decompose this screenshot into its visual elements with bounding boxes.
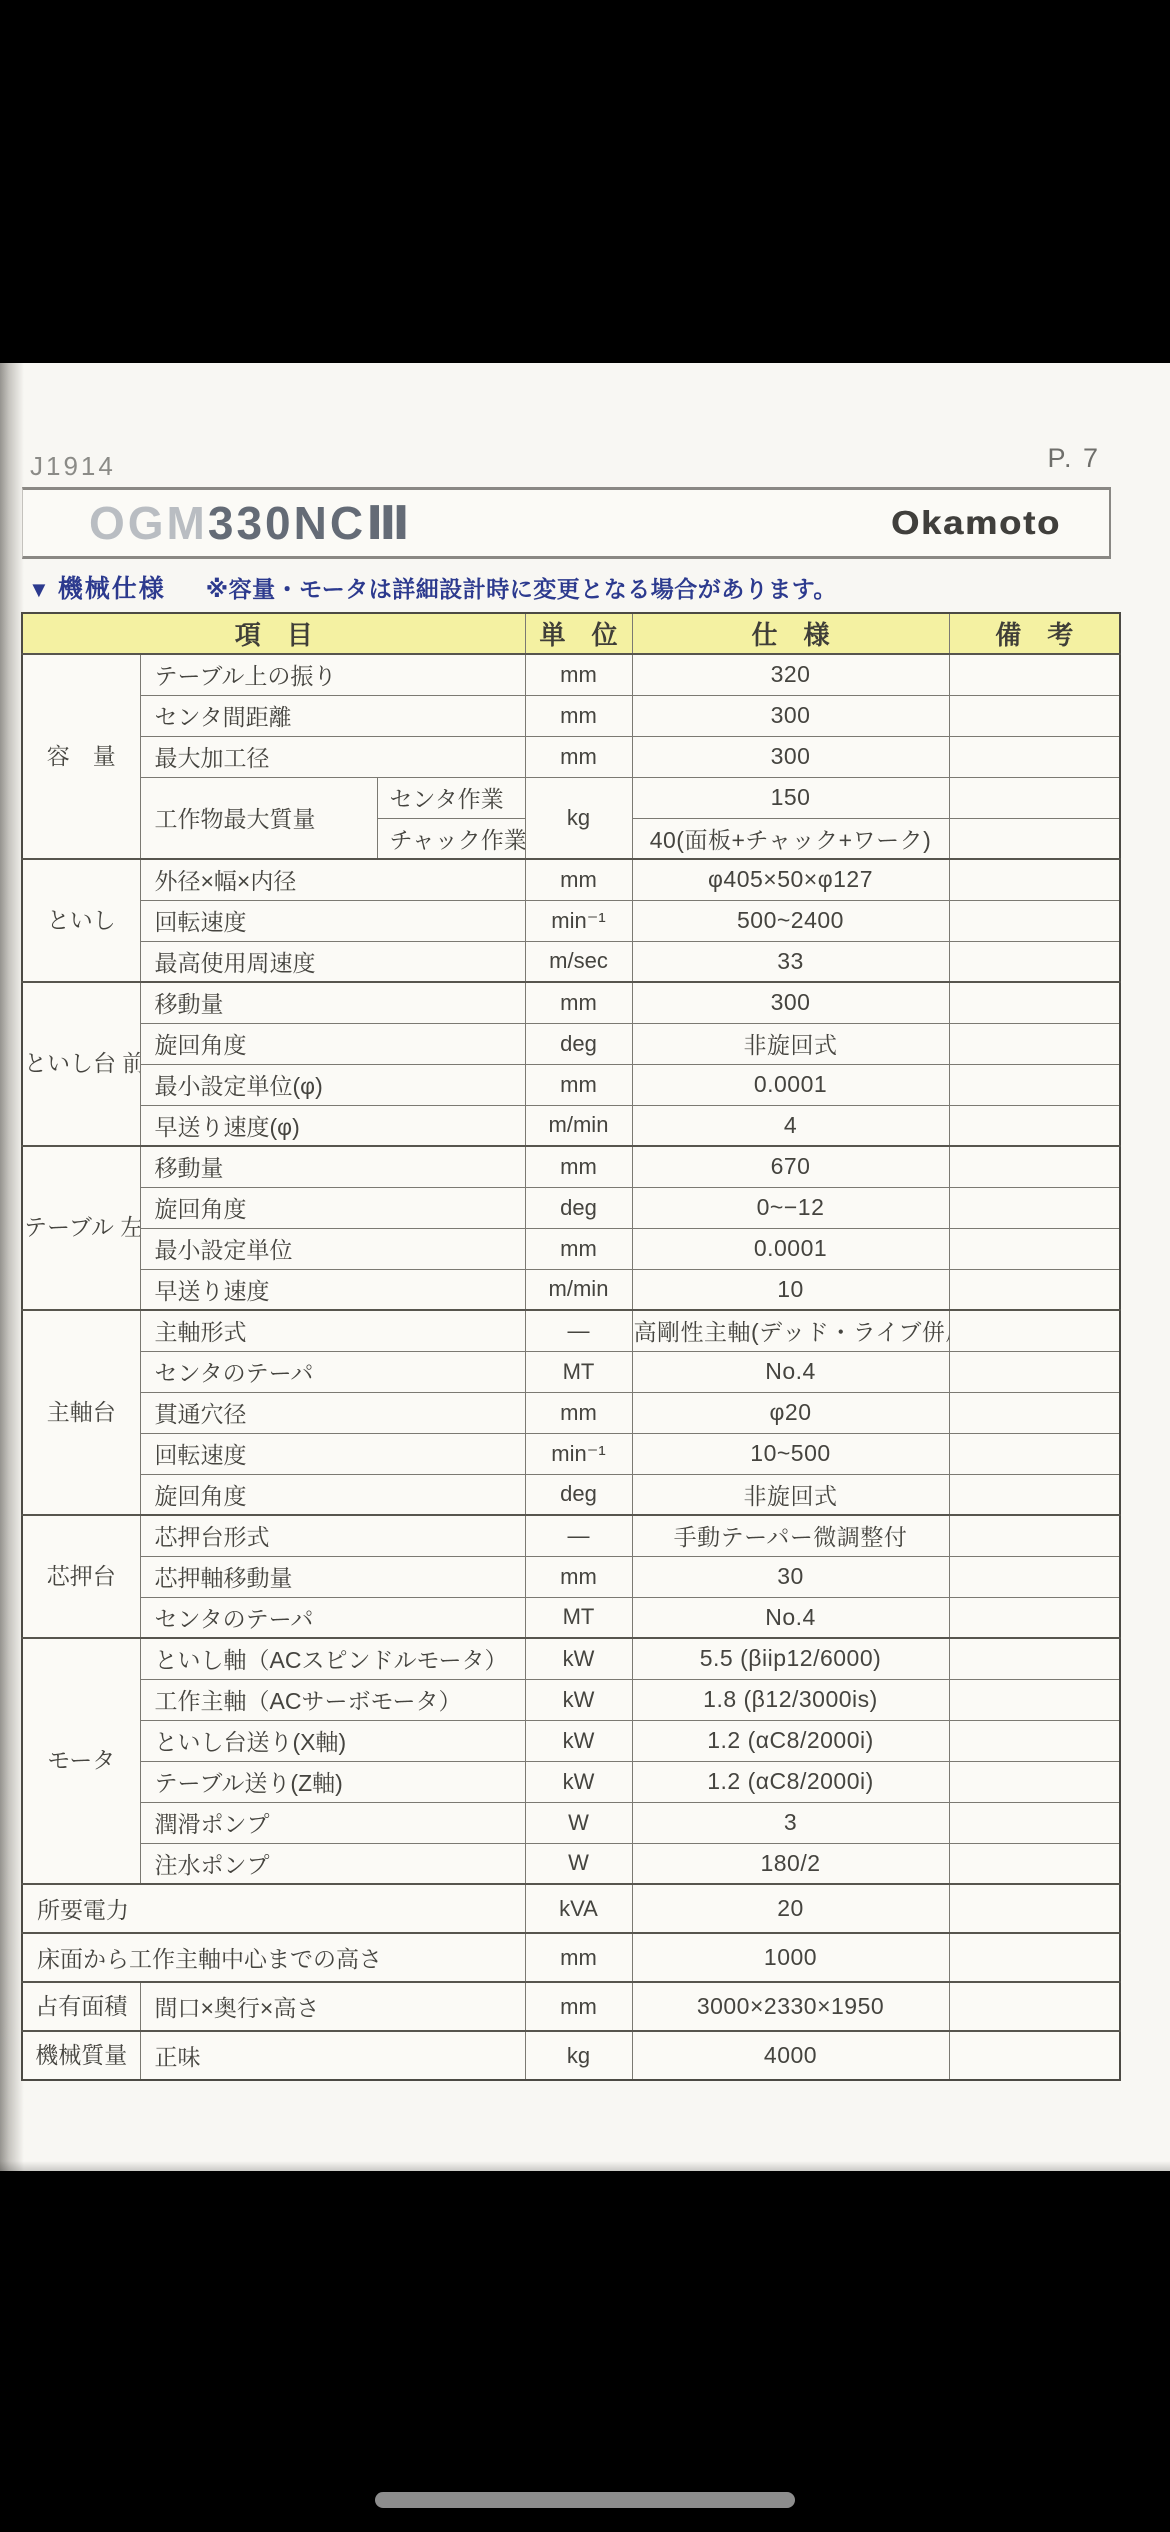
cell-unit: min⁻¹ bbox=[525, 900, 632, 941]
cell-unit: mm bbox=[525, 736, 632, 777]
cell-cat: 主軸台 bbox=[22, 1310, 140, 1515]
model-title-faded-part: OGM bbox=[89, 497, 208, 549]
cell-unit: mm bbox=[525, 1556, 632, 1597]
cell-sub: センタ作業 bbox=[377, 777, 525, 818]
cell-spec: 500~2400 bbox=[632, 900, 949, 941]
cell-rem bbox=[949, 818, 1120, 859]
cell-rem bbox=[949, 982, 1120, 1023]
table-row: 芯押軸移動量mm30 bbox=[22, 1556, 1120, 1597]
cell-rem bbox=[949, 1474, 1120, 1515]
cell-rem bbox=[949, 1761, 1120, 1802]
cell-unit: kW bbox=[525, 1761, 632, 1802]
cell-spec: 高剛性主軸(デッド・ライブ併用) bbox=[632, 1310, 949, 1351]
column-header: 備 考 bbox=[949, 613, 1120, 654]
cell-rem bbox=[949, 1802, 1120, 1843]
cell-rem bbox=[949, 1515, 1120, 1556]
cell-item: 早送り速度 bbox=[140, 1269, 525, 1310]
table-row: 注水ポンプW180/2 bbox=[22, 1843, 1120, 1884]
table-row: といし台送り(X軸)kW1.2 (αC8/2000i) bbox=[22, 1720, 1120, 1761]
cell-spec: 10 bbox=[632, 1269, 949, 1310]
cell-rem bbox=[949, 900, 1120, 941]
table-row: センタ間距離mm300 bbox=[22, 695, 1120, 736]
cell-unit: mm bbox=[525, 1146, 632, 1187]
cell-rem bbox=[949, 736, 1120, 777]
cell-cat: といし bbox=[22, 859, 140, 982]
cell-item: 潤滑ポンプ bbox=[140, 1802, 525, 1843]
cell-item: テーブル上の振り bbox=[140, 654, 525, 695]
cell-unit: mm bbox=[525, 695, 632, 736]
table-row: 早送り速度m/min10 bbox=[22, 1269, 1120, 1310]
table-row: といし外径×幅×内径mmφ405×50×φ127 bbox=[22, 859, 1120, 900]
cell-item: 工作主軸（ACサーボモータ） bbox=[140, 1679, 525, 1720]
okamoto-logo: Okamoto bbox=[891, 504, 1061, 543]
cell-rem bbox=[949, 1638, 1120, 1679]
cell-spec: 40(面板+チャック+ワーク) bbox=[632, 818, 949, 859]
cell-spec: 300 bbox=[632, 695, 949, 736]
cell-wide: 床面から工作主軸中心までの高さ bbox=[22, 1933, 525, 1982]
cell-unit: kg bbox=[525, 2031, 632, 2080]
cell-spec: 非旋回式 bbox=[632, 1474, 949, 1515]
cell-spec: 4 bbox=[632, 1105, 949, 1146]
title-box: OGM330NCⅢ Okamoto bbox=[22, 487, 1111, 559]
cell-spec: No.4 bbox=[632, 1597, 949, 1638]
cell-rem bbox=[949, 1351, 1120, 1392]
cell-rem bbox=[949, 859, 1120, 900]
table-row: センタのテーパMTNo.4 bbox=[22, 1597, 1120, 1638]
cell-rem bbox=[949, 654, 1120, 695]
cell-spec: 3000×2330×1950 bbox=[632, 1982, 949, 2031]
cell-item: 移動量 bbox=[140, 982, 525, 1023]
cell-unit: mm bbox=[525, 1064, 632, 1105]
cell-spec: 4000 bbox=[632, 2031, 949, 2080]
cell-unit: kW bbox=[525, 1720, 632, 1761]
table-row: 旋回角度deg非旋回式 bbox=[22, 1474, 1120, 1515]
cell-item: といし軸（ACスピンドルモータ） bbox=[140, 1638, 525, 1679]
table-row: 最高使用周速度m/sec33 bbox=[22, 941, 1120, 982]
cell-item: センタのテーパ bbox=[140, 1597, 525, 1638]
cell-item: 旋回角度 bbox=[140, 1187, 525, 1228]
cell-item: 移動量 bbox=[140, 1146, 525, 1187]
cell-rem bbox=[949, 1884, 1120, 1933]
cell-cat: 占有面積 bbox=[22, 1982, 140, 2031]
column-header: 単 位 bbox=[525, 613, 632, 654]
cell-unit: m/min bbox=[525, 1269, 632, 1310]
cell-item: 最小設定単位 bbox=[140, 1228, 525, 1269]
table-row: 回転速度min⁻¹10~500 bbox=[22, 1433, 1120, 1474]
cell-item: 旋回角度 bbox=[140, 1023, 525, 1064]
table-row: 工作物最大質量センタ作業kg150 bbox=[22, 777, 1120, 818]
section-header: ▼機械仕様※容量・モータは詳細設計時に変更となる場合があります。 bbox=[28, 569, 837, 605]
cell-rem bbox=[949, 1310, 1120, 1351]
table-row: 最小設定単位mm0.0001 bbox=[22, 1228, 1120, 1269]
cell-rem bbox=[949, 1392, 1120, 1433]
cell-cat: 容 量 bbox=[22, 654, 140, 859]
cell-unit: — bbox=[525, 1515, 632, 1556]
cell-rem bbox=[949, 1982, 1120, 2031]
cell-item: 最高使用周速度 bbox=[140, 941, 525, 982]
cell-spec: 300 bbox=[632, 736, 949, 777]
cell-cat: テーブル 左右送り (Z軸) bbox=[22, 1146, 140, 1310]
table-row: モータといし軸（ACスピンドルモータ）kW5.5 (βiip12/6000) bbox=[22, 1638, 1120, 1679]
phone-screen: J1914 P. 7 OGM330NCⅢ Okamoto ▼機械仕様※容量・モー… bbox=[0, 0, 1170, 2532]
column-header: 項 目 bbox=[22, 613, 525, 654]
cell-spec: φ405×50×φ127 bbox=[632, 859, 949, 900]
cell-unit: mm bbox=[525, 1392, 632, 1433]
cell-unit: m/sec bbox=[525, 941, 632, 982]
cell-spec: 10~500 bbox=[632, 1433, 949, 1474]
cell-spec: 30 bbox=[632, 1556, 949, 1597]
cell-sub: チャック作業 bbox=[377, 818, 525, 859]
cell-item: 工作物最大質量 bbox=[140, 777, 377, 859]
cell-unit: — bbox=[525, 1310, 632, 1351]
cell-spec: No.4 bbox=[632, 1351, 949, 1392]
cell-spec: 150 bbox=[632, 777, 949, 818]
cell-spec: 1.8 (β12/3000is) bbox=[632, 1679, 949, 1720]
cell-rem bbox=[949, 1433, 1120, 1474]
cell-unit: deg bbox=[525, 1187, 632, 1228]
doc-number: J1914 bbox=[30, 451, 116, 482]
table-row: テーブル送り(Z軸)kW1.2 (αC8/2000i) bbox=[22, 1761, 1120, 1802]
table-row: 潤滑ポンプW3 bbox=[22, 1802, 1120, 1843]
table-row: 所要電力kVA20 bbox=[22, 1884, 1120, 1933]
cell-spec: 非旋回式 bbox=[632, 1023, 949, 1064]
home-indicator-bar[interactable] bbox=[375, 2492, 795, 2508]
cell-cat: 機械質量 bbox=[22, 2031, 140, 2080]
cell-rem bbox=[949, 2031, 1120, 2080]
cell-item: 回転速度 bbox=[140, 900, 525, 941]
cell-spec: 5.5 (βiip12/6000) bbox=[632, 1638, 949, 1679]
cell-unit: mm bbox=[525, 1228, 632, 1269]
table-row: テーブル 左右送り (Z軸)移動量mm670 bbox=[22, 1146, 1120, 1187]
cell-item: 最小設定単位(φ) bbox=[140, 1064, 525, 1105]
spec-table: 項 目単 位仕 様備 考容 量テーブル上の振りmm320センタ間距離mm300最… bbox=[21, 612, 1121, 2081]
cell-unit: min⁻¹ bbox=[525, 1433, 632, 1474]
cell-spec: 180/2 bbox=[632, 1843, 949, 1884]
cell-spec: 1.2 (αC8/2000i) bbox=[632, 1761, 949, 1802]
cell-rem bbox=[949, 1064, 1120, 1105]
cell-unit: kW bbox=[525, 1679, 632, 1720]
cell-spec: 320 bbox=[632, 654, 949, 695]
cell-unit: MT bbox=[525, 1351, 632, 1392]
cell-unit: kW bbox=[525, 1638, 632, 1679]
cell-rem bbox=[949, 777, 1120, 818]
cell-spec: 33 bbox=[632, 941, 949, 982]
cell-wide: 所要電力 bbox=[22, 1884, 525, 1933]
cell-unit: W bbox=[525, 1802, 632, 1843]
cell-unit: mm bbox=[525, 654, 632, 695]
cell-rem bbox=[949, 941, 1120, 982]
cell-unit: W bbox=[525, 1843, 632, 1884]
cell-unit: deg bbox=[525, 1023, 632, 1064]
cell-rem bbox=[949, 1187, 1120, 1228]
cell-item: センタのテーパ bbox=[140, 1351, 525, 1392]
cell-unit: mm bbox=[525, 1982, 632, 2031]
cell-item: 主軸形式 bbox=[140, 1310, 525, 1351]
cell-rem bbox=[949, 1228, 1120, 1269]
table-row: 主軸台主軸形式—高剛性主軸(デッド・ライブ併用) bbox=[22, 1310, 1120, 1351]
table-row: といし台 前後送り (X軸)移動量mm300 bbox=[22, 982, 1120, 1023]
table-row: 最大加工径mm300 bbox=[22, 736, 1120, 777]
cell-rem bbox=[949, 1843, 1120, 1884]
cell-item: 芯押軸移動量 bbox=[140, 1556, 525, 1597]
cell-spec: 670 bbox=[632, 1146, 949, 1187]
cell-unit: mm bbox=[525, 859, 632, 900]
cell-item: 早送り速度(φ) bbox=[140, 1105, 525, 1146]
cell-cat: といし台 前後送り (X軸) bbox=[22, 982, 140, 1146]
triangle-marker-icon: ▼ bbox=[28, 577, 50, 602]
cell-spec: 手動テーパー微調整付 bbox=[632, 1515, 949, 1556]
model-title: OGM330NCⅢ bbox=[89, 496, 413, 550]
cell-cat: モータ bbox=[22, 1638, 140, 1884]
cell-item: 芯押台形式 bbox=[140, 1515, 525, 1556]
cell-unit: kVA bbox=[525, 1884, 632, 1933]
cell-unit: deg bbox=[525, 1474, 632, 1515]
cell-spec: 20 bbox=[632, 1884, 949, 1933]
table-row: 機械質量正味kg4000 bbox=[22, 2031, 1120, 2080]
column-header: 仕 様 bbox=[632, 613, 949, 654]
document-page: J1914 P. 7 OGM330NCⅢ Okamoto ▼機械仕様※容量・モー… bbox=[0, 363, 1170, 2171]
cell-spec: 1000 bbox=[632, 1933, 949, 1982]
cell-unit: mm bbox=[525, 1933, 632, 1982]
cell-unit: mm bbox=[525, 982, 632, 1023]
cell-unit: kg bbox=[525, 777, 632, 859]
cell-rem bbox=[949, 1679, 1120, 1720]
table-row: 回転速度min⁻¹500~2400 bbox=[22, 900, 1120, 941]
cell-spec: 0~−12 bbox=[632, 1187, 949, 1228]
cell-rem bbox=[949, 1023, 1120, 1064]
cell-unit: m/min bbox=[525, 1105, 632, 1146]
cell-spec: 0.0001 bbox=[632, 1228, 949, 1269]
table-row: センタのテーパMTNo.4 bbox=[22, 1351, 1120, 1392]
cell-item: テーブル送り(Z軸) bbox=[140, 1761, 525, 1802]
cell-item: センタ間距離 bbox=[140, 695, 525, 736]
table-row: 工作主軸（ACサーボモータ）kW1.8 (β12/3000is) bbox=[22, 1679, 1120, 1720]
cell-item: 正味 bbox=[140, 2031, 525, 2080]
table-row: 最小設定単位(φ)mm0.0001 bbox=[22, 1064, 1120, 1105]
table-row: 占有面積間口×奥行×高さmm3000×2330×1950 bbox=[22, 1982, 1120, 2031]
model-title-main-part: 330NCⅢ bbox=[208, 497, 413, 549]
cell-spec: 0.0001 bbox=[632, 1064, 949, 1105]
section-title: 機械仕様 bbox=[58, 575, 166, 603]
cell-rem bbox=[949, 1146, 1120, 1187]
cell-item: 回転速度 bbox=[140, 1433, 525, 1474]
table-row: 早送り速度(φ)m/min4 bbox=[22, 1105, 1120, 1146]
cell-spec: 300 bbox=[632, 982, 949, 1023]
cell-rem bbox=[949, 1556, 1120, 1597]
section-note: ※容量・モータは詳細設計時に変更となる場合があります。 bbox=[206, 576, 837, 602]
cell-spec: φ20 bbox=[632, 1392, 949, 1433]
cell-item: 外径×幅×内径 bbox=[140, 859, 525, 900]
table-row: 旋回角度deg0~−12 bbox=[22, 1187, 1120, 1228]
page-number: P. 7 bbox=[1047, 443, 1100, 474]
spec-table-body: 項 目単 位仕 様備 考容 量テーブル上の振りmm320センタ間距離mm300最… bbox=[22, 613, 1120, 2080]
cell-item: 間口×奥行×高さ bbox=[140, 1982, 525, 2031]
cell-item: といし台送り(X軸) bbox=[140, 1720, 525, 1761]
cell-rem bbox=[949, 1269, 1120, 1310]
cell-rem bbox=[949, 1933, 1120, 1982]
cell-cat: 芯押台 bbox=[22, 1515, 140, 1638]
cell-item: 旋回角度 bbox=[140, 1474, 525, 1515]
cell-spec: 1.2 (αC8/2000i) bbox=[632, 1720, 949, 1761]
cell-spec: 3 bbox=[632, 1802, 949, 1843]
cell-unit: MT bbox=[525, 1597, 632, 1638]
table-row: 芯押台芯押台形式—手動テーパー微調整付 bbox=[22, 1515, 1120, 1556]
cell-rem bbox=[949, 1720, 1120, 1761]
cell-item: 注水ポンプ bbox=[140, 1843, 525, 1884]
table-row: 容 量テーブル上の振りmm320 bbox=[22, 654, 1120, 695]
table-row: 貫通穴径mmφ20 bbox=[22, 1392, 1120, 1433]
table-row: 床面から工作主軸中心までの高さmm1000 bbox=[22, 1933, 1120, 1982]
cell-rem bbox=[949, 1597, 1120, 1638]
cell-rem bbox=[949, 1105, 1120, 1146]
cell-item: 貫通穴径 bbox=[140, 1392, 525, 1433]
table-row: 旋回角度deg非旋回式 bbox=[22, 1023, 1120, 1064]
cell-rem bbox=[949, 695, 1120, 736]
cell-item: 最大加工径 bbox=[140, 736, 525, 777]
header-row: 項 目単 位仕 様備 考 bbox=[22, 613, 1120, 654]
